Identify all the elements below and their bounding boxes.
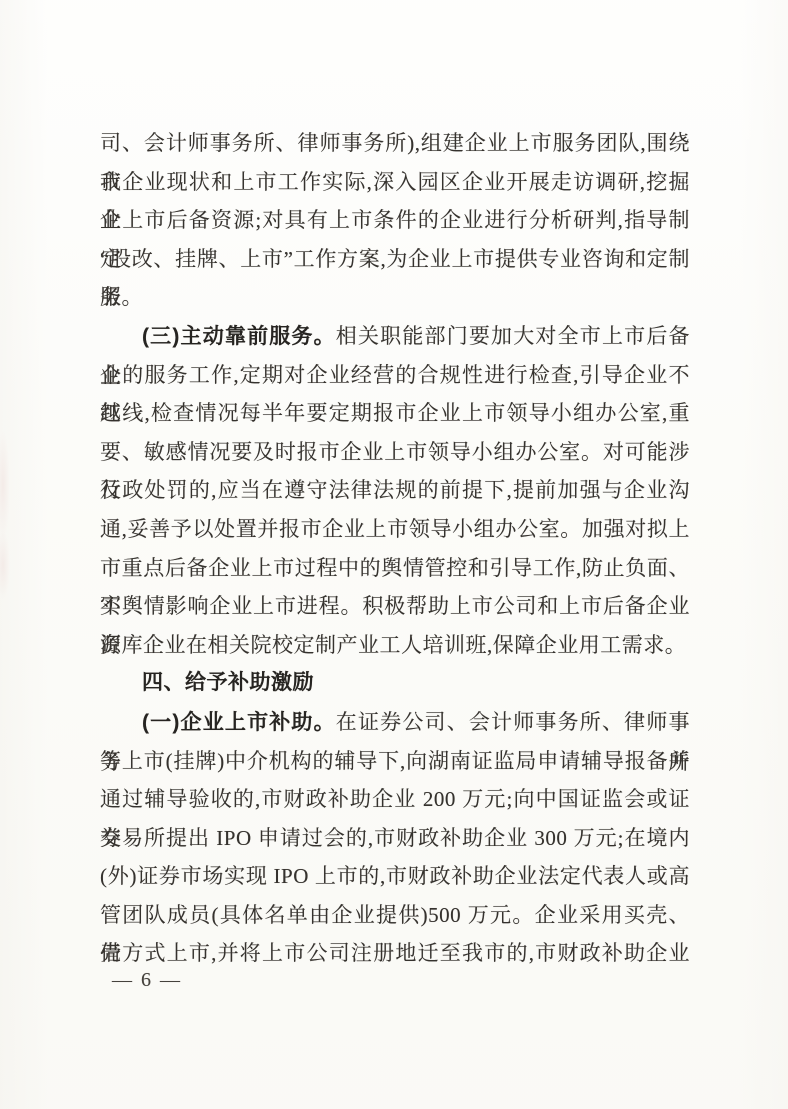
paragraph-text: 等上市(挂牌)中介机构的辅导下,向湖南证监局申请辅导报备并 [100,749,690,773]
text-line: 业上市后备资源;对具有上市条件的企业进行分析研判,指导制定 [100,201,690,240]
text-line: 行政处罚的,应当在遵守法律法规的前提下,提前加强与企业沟 [100,471,690,510]
text-line: 通过辅导验收的,市财政补助企业 200 万元;向中国证监会或证券 [100,780,690,819]
document-body: 司、会计师事务所、律师事务所),组建企业上市服务团队,围绕我市企业现状和上市工作… [100,124,690,973]
text-line: “股改、挂牌、上市”工作方案,为企业上市提供专业咨询和定制服 [100,240,690,279]
text-line: 要、敏感情况要及时报市企业上市领导小组办公室。对可能涉及 [100,433,690,472]
text-line: 市企业现状和上市工作实际,深入园区企业开展走访调研,挖掘企 [100,163,690,202]
paragraph-text: 红线,检查情况每半年要定期报市企业上市领导小组办公室,重 [100,401,690,425]
text-line: 管团队成员(具体名单由企业提供)500 万元。企业采用买壳、借 [100,896,690,935]
text-line: 司、会计师事务所、律师事务所),组建企业上市服务团队,围绕我 [100,124,690,163]
text-line: 业的服务工作,定期对企业经营的合规性进行检查,引导企业不越 [100,356,690,395]
text-line: 红线,检查情况每半年要定期报市企业上市领导小组办公室,重 [100,394,690,433]
paragraph-text: (外)证券市场实现 IPO 上市的,市财政补助企业法定代表人或高 [100,864,690,888]
paragraph-lead-bold: (一)企业上市补助。 [142,711,336,734]
text-line: (外)证券市场实现 IPO 上市的,市财政补助企业法定代表人或高 [100,857,690,896]
text-line: (三)主动靠前服务。相关职能部门要加大对全市上市后备企 [100,317,690,356]
paragraph-text: 四、给予补助激励 [142,671,314,694]
paragraph-text: 通,妥善予以处置并报市企业上市领导小组办公室。加强对拟上 [100,517,690,541]
section-heading-line: 四、给予补助激励 [100,664,690,703]
text-line: 等上市(挂牌)中介机构的辅导下,向湖南证监局申请辅导报备并 [100,742,690,781]
paragraph-text: 务。 [100,285,143,309]
text-line: 通,妥善予以处置并报市企业上市领导小组办公室。加强对拟上 [100,510,690,549]
paragraph-text: 壳方式上市,并将上市公司注册地迁至我市的,市财政补助企业 [100,941,690,965]
text-line: (一)企业上市补助。在证券公司、会计师事务所、律师事务所 [100,703,690,742]
text-line: 市重点后备企业上市过程中的舆情管控和引导工作,防止负面、不 [100,549,690,588]
text-line: 交易所提出 IPO 申请过会的,市财政补助企业 300 万元;在境内 [100,819,690,858]
text-line: 实舆情影响企业上市进程。积极帮助上市公司和上市后备企业资 [100,587,690,626]
paragraph-text: 源库企业在相关院校定制产业工人培训班,保障企业用工需求。 [100,633,686,657]
paragraph-text: 行政处罚的,应当在遵守法律法规的前提下,提前加强与企业沟 [100,478,690,502]
text-line: 务。 [100,278,690,317]
paragraph-text: 交易所提出 IPO 申请过会的,市财政补助企业 300 万元;在境内 [100,826,690,850]
text-line: 壳方式上市,并将上市公司注册地迁至我市的,市财政补助企业 [100,934,690,973]
paragraph-lead-bold: (三)主动靠前服务。 [142,325,336,348]
page-number: — 6 — [112,966,182,994]
text-line: 源库企业在相关院校定制产业工人培训班,保障企业用工需求。 [100,626,690,665]
